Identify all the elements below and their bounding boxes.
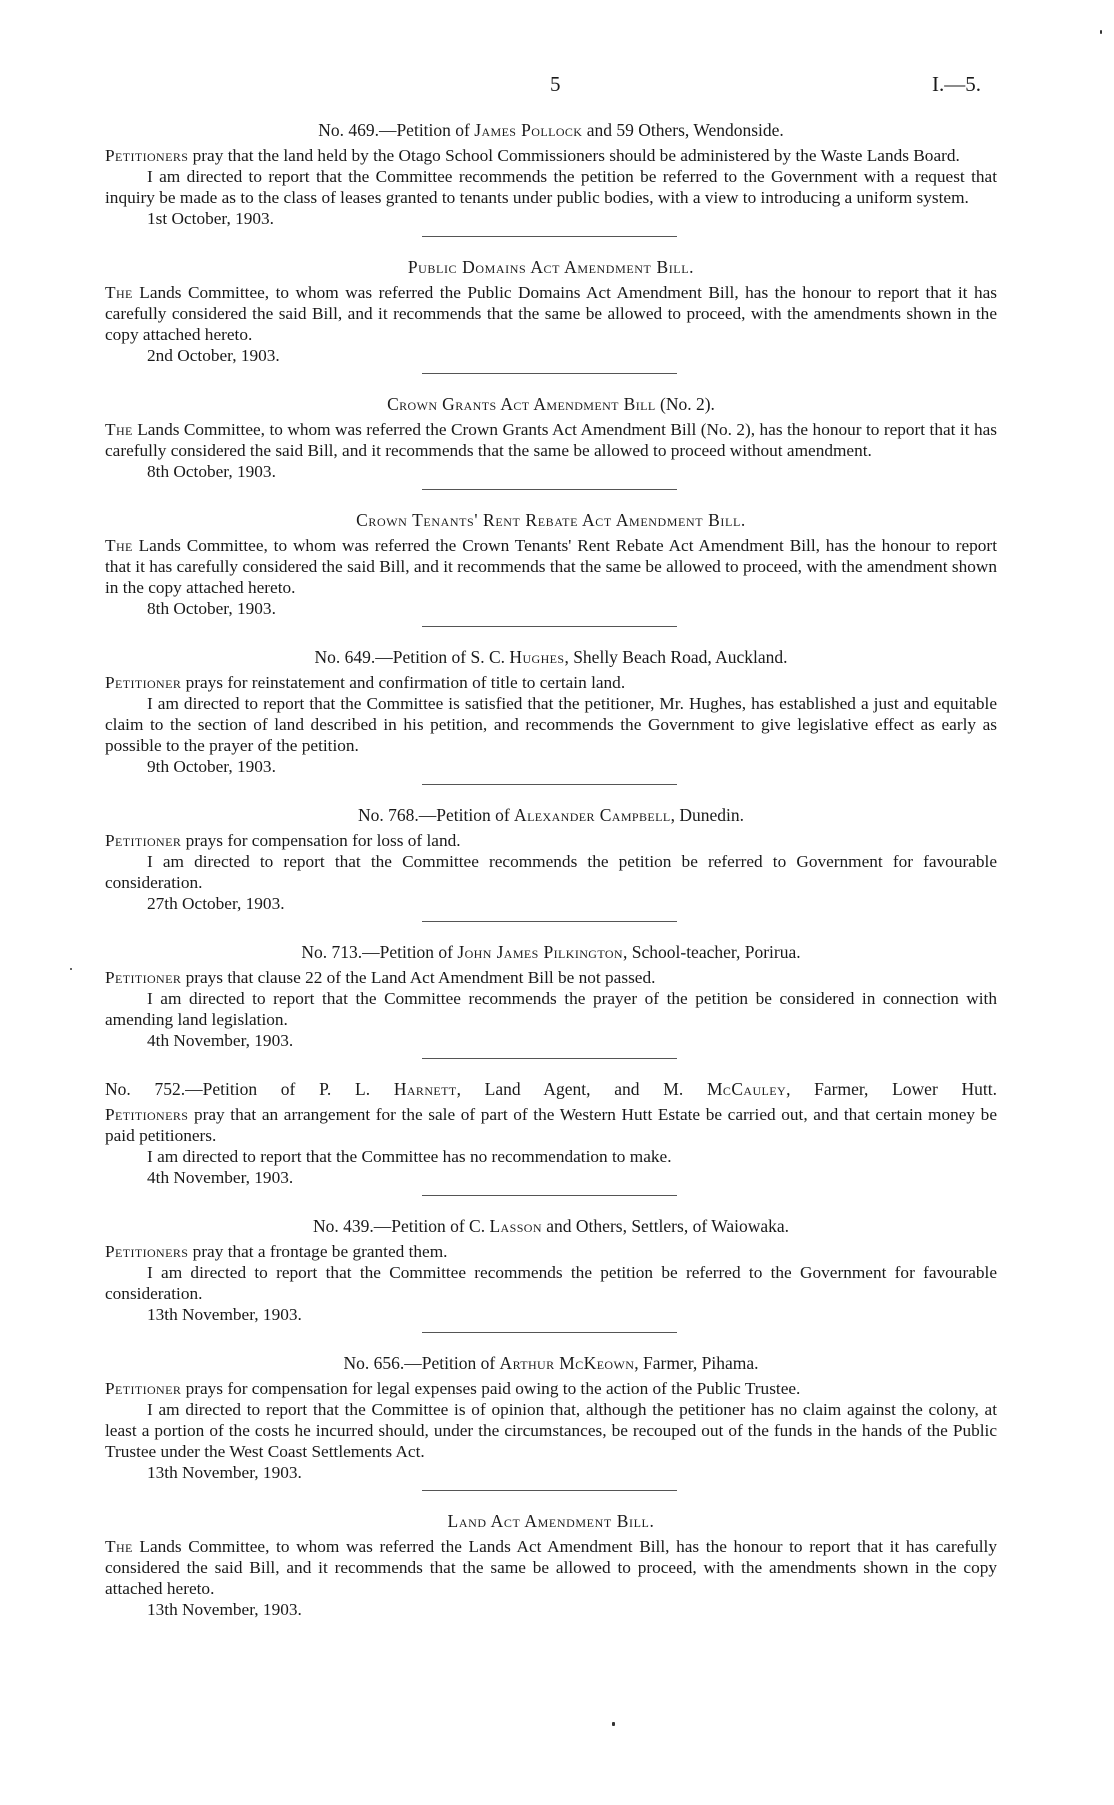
- section-divider: [422, 236, 677, 237]
- bill-public-domains: Public Domains Act Amendment Bill. The L…: [105, 255, 997, 374]
- petitioner-name: Hughes: [509, 647, 564, 667]
- section-divider: [422, 1058, 677, 1059]
- section-heading: No. 439.—Petition of C. Lasson and Other…: [105, 1214, 997, 1239]
- report-date: 9th October, 1903.: [105, 756, 997, 777]
- prayer-paragraph: Petitioner prays that clause 22 of the L…: [105, 967, 997, 988]
- committee-paragraph: The Lands Committee, to whom was referre…: [105, 535, 997, 598]
- report-date: 8th October, 1903.: [105, 598, 997, 619]
- report-paragraph: I am directed to report that the Committ…: [105, 1399, 997, 1462]
- section-heading: Public Domains Act Amendment Bill.: [105, 255, 997, 280]
- report-paragraph: I am directed to report that the Committ…: [105, 1262, 997, 1304]
- petition-649: No. 649.—Petition of S. C. Hughes, Shell…: [105, 645, 997, 785]
- petitioner-name: John James Pilkington: [457, 942, 623, 962]
- section-heading: No. 649.—Petition of S. C. Hughes, Shell…: [105, 645, 997, 670]
- section-heading: Crown Grants Act Amendment Bill (No. 2).: [105, 392, 997, 417]
- section-heading: Crown Tenants' Rent Rebate Act Amendment…: [105, 508, 997, 533]
- report-date: 13th November, 1903.: [105, 1462, 997, 1483]
- section-divider: [422, 489, 677, 490]
- petition-469: No. 469.—Petition of James Pollock and 5…: [105, 118, 997, 237]
- report-paragraph: I am directed to report that the Committ…: [105, 1146, 997, 1167]
- petition-656: No. 656.—Petition of Arthur McKeown, Far…: [105, 1351, 997, 1491]
- prayer-paragraph: Petitioners pray that a frontage be gran…: [105, 1241, 997, 1262]
- petitioner-name: James Pollock: [474, 120, 582, 140]
- prayer-paragraph: Petitioner prays for compensation for le…: [105, 1378, 997, 1399]
- section-divider: [422, 921, 677, 922]
- report-paragraph: I am directed to report that the Committ…: [105, 988, 997, 1030]
- petitioner-name: Alexander Campbell: [514, 805, 671, 825]
- section-heading: No. 768.—Petition of Alexander Campbell,…: [105, 803, 997, 828]
- prayer-paragraph: Petitioners pray that an arrangement for…: [105, 1104, 997, 1146]
- report-date: 4th November, 1903.: [105, 1030, 997, 1051]
- prayer-paragraph: Petitioner prays for reinstatement and c…: [105, 672, 997, 693]
- report-date: 27th October, 1903.: [105, 893, 997, 914]
- report-date: 8th October, 1903.: [105, 461, 997, 482]
- section-heading: No. 656.—Petition of Arthur McKeown, Far…: [105, 1351, 997, 1376]
- document-reference: I.—5.: [932, 72, 981, 97]
- scan-speck: [70, 968, 72, 970]
- bill-crown-tenants-rent-rebate: Crown Tenants' Rent Rebate Act Amendment…: [105, 508, 997, 627]
- committee-paragraph: The Lands Committee, to whom was referre…: [105, 282, 997, 345]
- petition-768: No. 768.—Petition of Alexander Campbell,…: [105, 803, 997, 922]
- section-heading: No. 752.—Petition of P. L. Harnett, Land…: [105, 1077, 997, 1102]
- page-number: 5: [550, 72, 561, 97]
- petitioner-name: Arthur McKeown: [500, 1353, 635, 1373]
- scan-speck: [612, 1722, 615, 1726]
- document-body: No. 469.—Petition of James Pollock and 5…: [105, 118, 997, 1620]
- page-header: 5 I.—5.: [0, 72, 1114, 100]
- petition-713: No. 713.—Petition of John James Pilkingt…: [105, 940, 997, 1059]
- report-date: 2nd October, 1903.: [105, 345, 997, 366]
- petitioner-name: Lasson: [489, 1216, 541, 1236]
- section-divider: [422, 1332, 677, 1333]
- prayer-paragraph: Petitioner prays for compensation for lo…: [105, 830, 997, 851]
- petition-752: No. 752.—Petition of P. L. Harnett, Land…: [105, 1077, 997, 1196]
- section-heading: Land Act Amendment Bill.: [105, 1509, 997, 1534]
- report-date: 1st October, 1903.: [105, 208, 997, 229]
- section-divider: [422, 626, 677, 627]
- section-divider: [422, 1490, 677, 1491]
- report-paragraph: I am directed to report that the Committ…: [105, 851, 997, 893]
- section-divider: [422, 1195, 677, 1196]
- prayer-paragraph: Petitioners pray that the land held by t…: [105, 145, 997, 166]
- petitioner-name-2: McCauley: [707, 1079, 786, 1099]
- report-date: 13th November, 1903.: [105, 1304, 997, 1325]
- petition-439: No. 439.—Petition of C. Lasson and Other…: [105, 1214, 997, 1333]
- report-paragraph: I am directed to report that the Committ…: [105, 166, 997, 208]
- section-heading: No. 713.—Petition of John James Pilkingt…: [105, 940, 997, 965]
- report-date: 4th November, 1903.: [105, 1167, 997, 1188]
- section-divider: [422, 784, 677, 785]
- report-date: 13th November, 1903.: [105, 1599, 997, 1620]
- report-paragraph: I am directed to report that the Committ…: [105, 693, 997, 756]
- scan-speck: [1100, 30, 1102, 34]
- committee-paragraph: The Lands Committee, to whom was referre…: [105, 419, 997, 461]
- bill-crown-grants: Crown Grants Act Amendment Bill (No. 2).…: [105, 392, 997, 490]
- bill-land-act: Land Act Amendment Bill. The Lands Commi…: [105, 1509, 997, 1620]
- section-heading: No. 469.—Petition of James Pollock and 5…: [105, 118, 997, 143]
- petitioner-name: Harnett: [394, 1079, 457, 1099]
- committee-paragraph: The Lands Committee, to whom was referre…: [105, 1536, 997, 1599]
- section-divider: [422, 373, 677, 374]
